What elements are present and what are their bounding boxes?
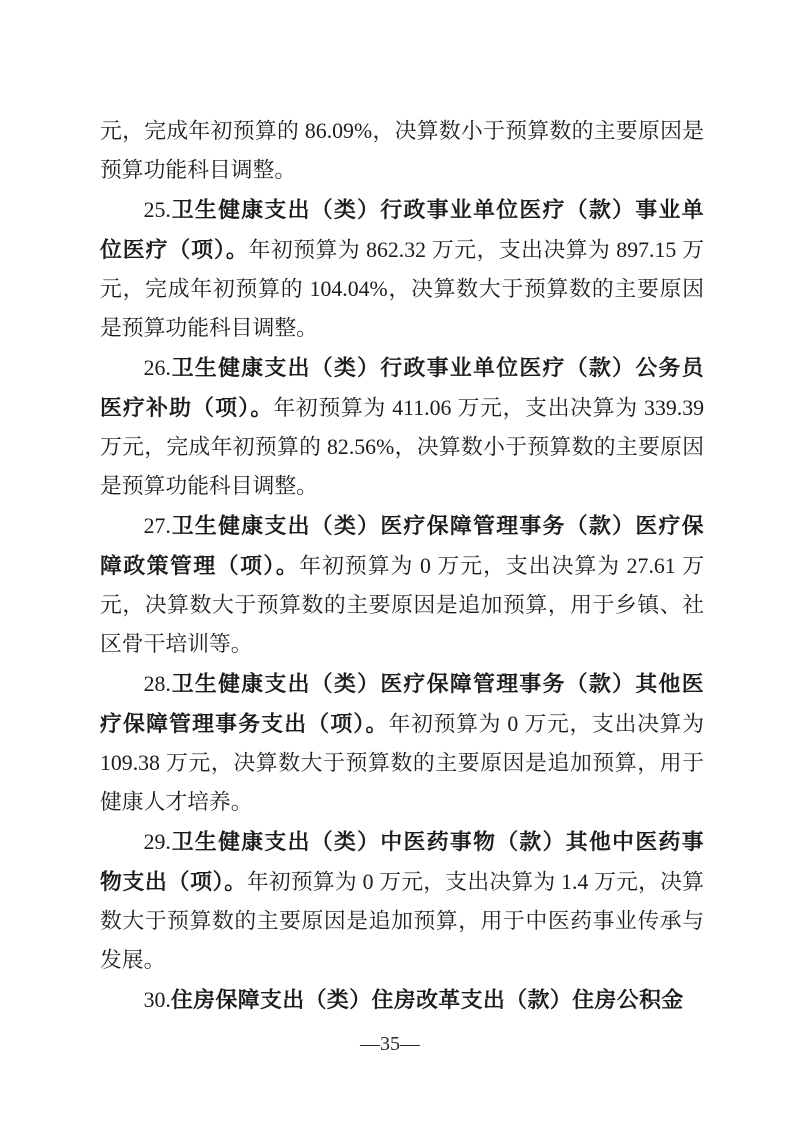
paragraph-heading: 住房保障支出（类）住房改革支出（款）住房公积金 xyxy=(171,987,684,1012)
paragraph-item-30: 30.住房保障支出（类）住房改革支出（款）住房公积金 xyxy=(100,980,704,1020)
paragraph-number: 26. xyxy=(144,356,171,380)
paragraph-number: 28. xyxy=(144,672,171,696)
page-number: —35— xyxy=(0,1030,780,1058)
paragraph-item-27: 27.卫生健康支出（类）医疗保障管理事务（款）医疗保障政策管理（项）。年初预算为… xyxy=(100,506,704,664)
document-body: 元，完成年初预算的 86.09%，决算数小于预算数的主要原因是预算功能科目调整。… xyxy=(100,112,704,1020)
paragraph-continuation: 元，完成年初预算的 86.09%，决算数小于预算数的主要原因是预算功能科目调整。 xyxy=(100,112,704,190)
paragraph-item-28: 28.卫生健康支出（类）医疗保障管理事务（款）其他医疗保障管理事务支出（项）。年… xyxy=(100,664,704,822)
document-page: 元，完成年初预算的 86.09%，决算数小于预算数的主要原因是预算功能科目调整。… xyxy=(0,0,793,1122)
paragraph-item-25: 25.卫生健康支出（类）行政事业单位医疗（款）事业单位医疗（项）。年初预算为 8… xyxy=(100,190,704,348)
paragraph-number: 30. xyxy=(144,988,171,1012)
paragraph-item-26: 26.卫生健康支出（类）行政事业单位医疗（款）公务员医疗补助（项）。年初预算为 … xyxy=(100,348,704,506)
paragraph-number: 27. xyxy=(144,514,171,538)
paragraph-number: 25. xyxy=(144,198,171,222)
paragraph-number: 29. xyxy=(144,830,171,854)
paragraph-text: 元，完成年初预算的 86.09%，决算数小于预算数的主要原因是预算功能科目调整。 xyxy=(100,119,704,182)
paragraph-item-29: 29.卫生健康支出（类）中医药事物（款）其他中医药事物支出（项）。年初预算为 0… xyxy=(100,822,704,980)
